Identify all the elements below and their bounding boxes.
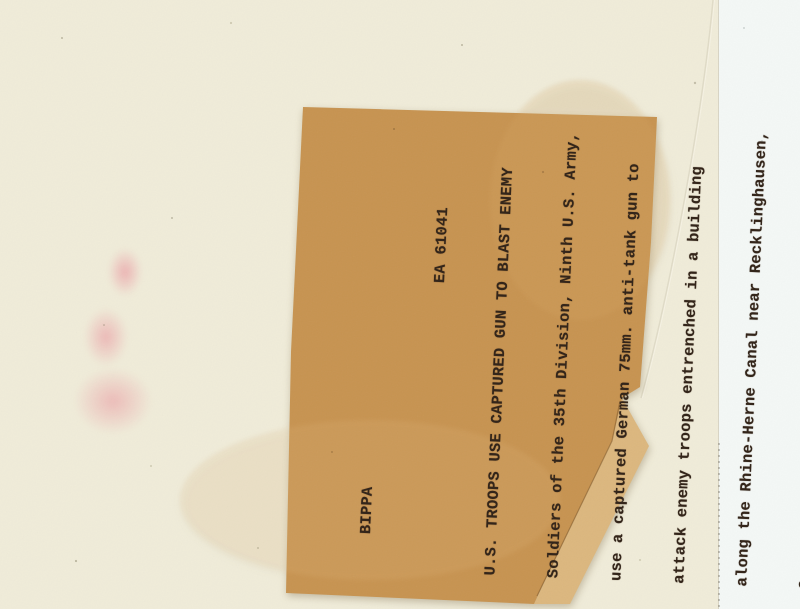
caption-line: attack enemy troops entrenched in a buil… bbox=[669, 128, 710, 584]
caption-line: Soldiers of the 35th Division, Ninth U.S… bbox=[543, 122, 584, 578]
caption-line: along the Rhine-Herne Canal near Recklin… bbox=[732, 130, 773, 586]
scanned-photo-back: BIPPA EA 61041 U.S. TROOPS USE CAPTURED … bbox=[0, 0, 800, 609]
caption-text-block: BIPPA EA 61041 U.S. TROOPS USE CAPTURED … bbox=[306, 112, 616, 594]
caption-line: use a captured German 75mm. anti-tank gu… bbox=[606, 125, 647, 581]
agency-code: BIPPA bbox=[356, 114, 395, 535]
caption-title: U.S. TROOPS USE CAPTURED GUN TO BLAST EN… bbox=[480, 119, 521, 575]
caption-line: Germany. The town, in the Ruhr area 23 m… bbox=[795, 133, 800, 589]
photo-id: EA 61041 bbox=[430, 117, 458, 284]
